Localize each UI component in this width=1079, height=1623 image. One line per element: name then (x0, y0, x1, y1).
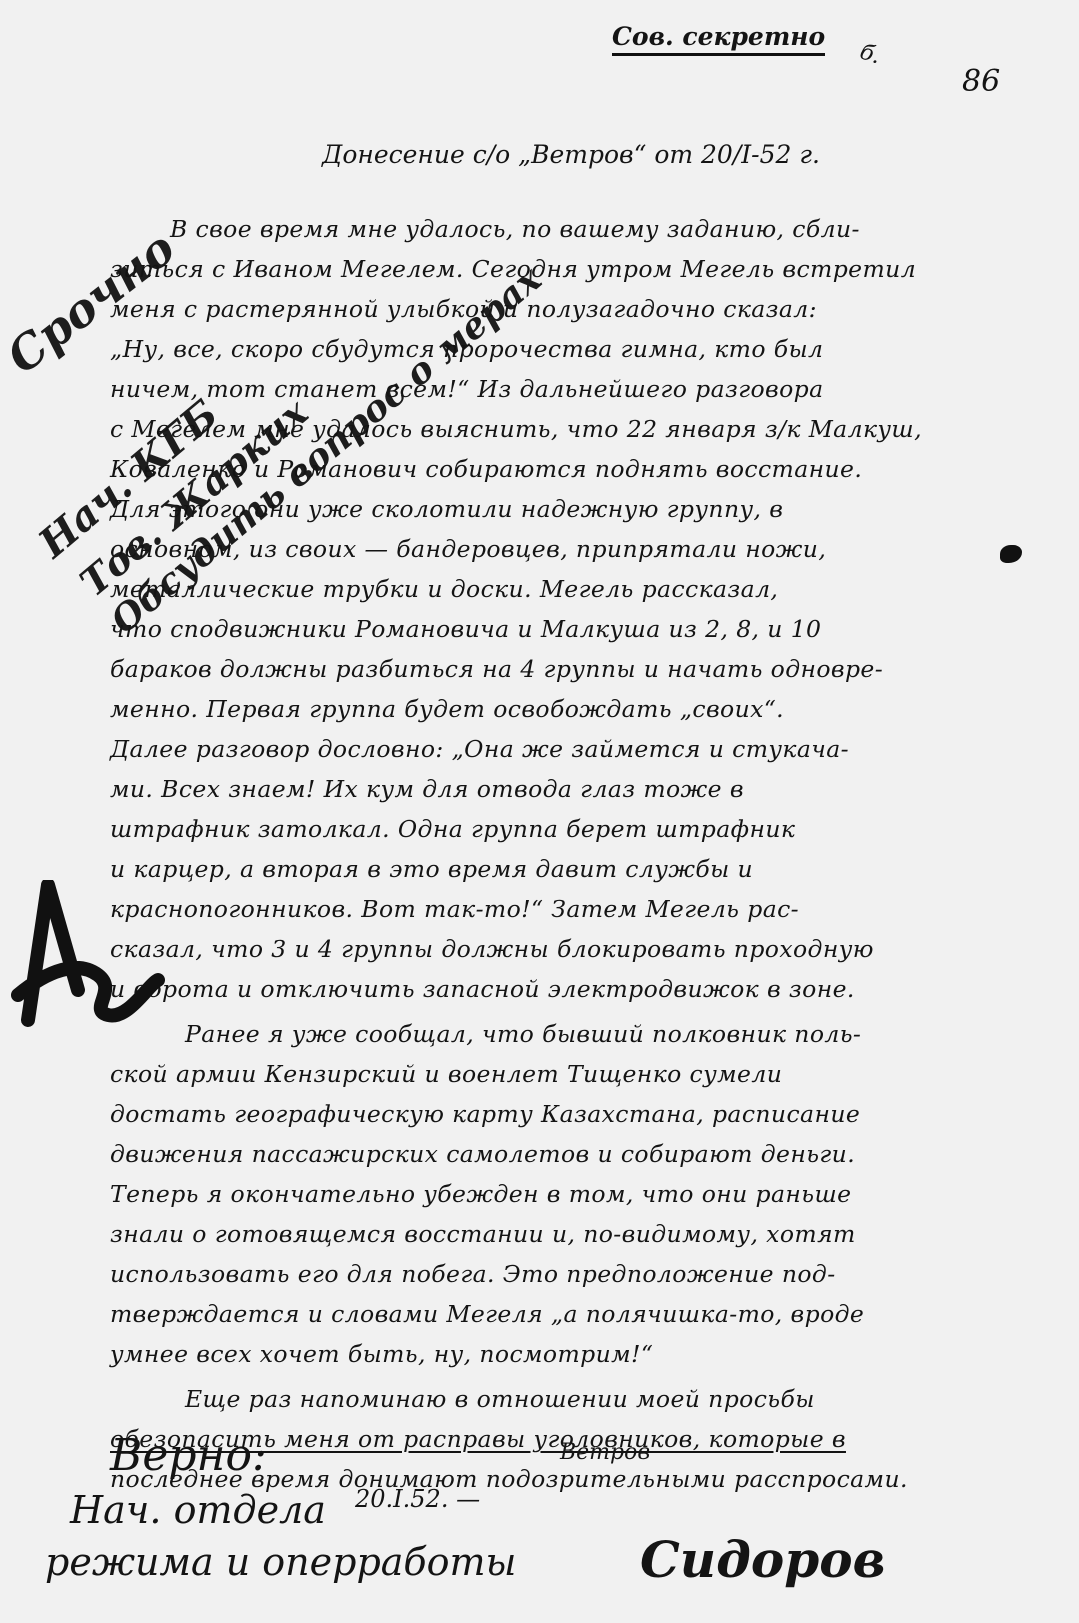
body-line: краснопогонников. Вот так-то!“ Затем Мег… (110, 895, 799, 923)
resolution-scribble-icon (8, 880, 168, 1030)
body-line: ничем, тот станет всем!“ Из дальнейшего … (110, 375, 824, 403)
body-line: Теперь я окончательно убежден в том, что… (110, 1180, 851, 1208)
body-line: знали о готовящемся восстании и, по-види… (110, 1220, 856, 1248)
agent-signature: Ветров (560, 1440, 650, 1465)
body-line: умнее всех хочет быть, ну, посмотрим!“ (110, 1340, 653, 1368)
body-line: тверждается и словами Мегеля „а полячишк… (110, 1300, 864, 1328)
body-line: меня с растерянной улыбкой и полузагадоч… (110, 295, 817, 323)
certification-label: Верно: (110, 1430, 267, 1481)
body-line: движения пассажирских самолетов и собира… (110, 1140, 855, 1168)
body-line: ской армии Кензирский и военлет Тищенко … (110, 1060, 782, 1088)
body-line: В свое время мне удалось, по вашему зада… (170, 215, 860, 243)
body-line: достать географическую карту Казахстана,… (110, 1100, 860, 1128)
body-line: Коваленко и Романович собираются поднять… (110, 455, 862, 483)
body-line: и карцер, а вторая в это время давит слу… (110, 855, 753, 883)
body-line: использовать его для побега. Это предпол… (110, 1260, 836, 1288)
page-number: 86 (962, 64, 1000, 99)
certifier-title-line1: Нач. отдела (70, 1488, 326, 1532)
body-line: Ранее я уже сообщал, что бывший полковни… (185, 1020, 861, 1048)
initials-mark: б. (857, 39, 884, 69)
body-line: Для этого они уже сколотили надежную гру… (110, 495, 783, 523)
body-line: Еще раз напоминаю в отношении моей прось… (185, 1385, 815, 1413)
classification-stamp: Сов. секретно (612, 22, 825, 56)
body-line: менно. Первая группа будет освобождать „… (110, 695, 784, 723)
body-line: ми. Всех знаем! Их кум для отвода глаз т… (110, 775, 744, 803)
body-line: металлические трубки и доски. Мегель рас… (110, 575, 778, 603)
report-heading: Донесение с/о „Ветров“ от 20/I-52 г. (322, 140, 820, 169)
body-line: и ворота и отключить запасной электродви… (110, 975, 855, 1003)
body-line: бараков должны разбиться на 4 группы и н… (110, 655, 883, 683)
body-line: что сподвижники Романовича и Малкуша из … (110, 615, 821, 643)
ink-smudge (1000, 545, 1022, 563)
body-line: с Мегелем мне удалось выяснить, что 22 я… (110, 415, 922, 443)
body-line: Далее разговор дословно: „Она же займетс… (110, 735, 849, 763)
body-line: зиться с Иваном Мегелем. Сегодня утром М… (110, 255, 916, 283)
chief-signature: Сидоров (640, 1530, 885, 1589)
body-line: основном, из своих — бандеровцев, припря… (110, 535, 826, 563)
certifier-title-line2: режима и оперработы (45, 1540, 516, 1584)
body-line: „Ну, все, скоро сбудутся пророчества гим… (110, 335, 823, 363)
footer-date: 20.I.52. — (355, 1485, 480, 1513)
body-line: сказал, что 3 и 4 группы должны блокиров… (110, 935, 874, 963)
body-line: штрафник затолкал. Одна группа берет штр… (110, 815, 795, 843)
